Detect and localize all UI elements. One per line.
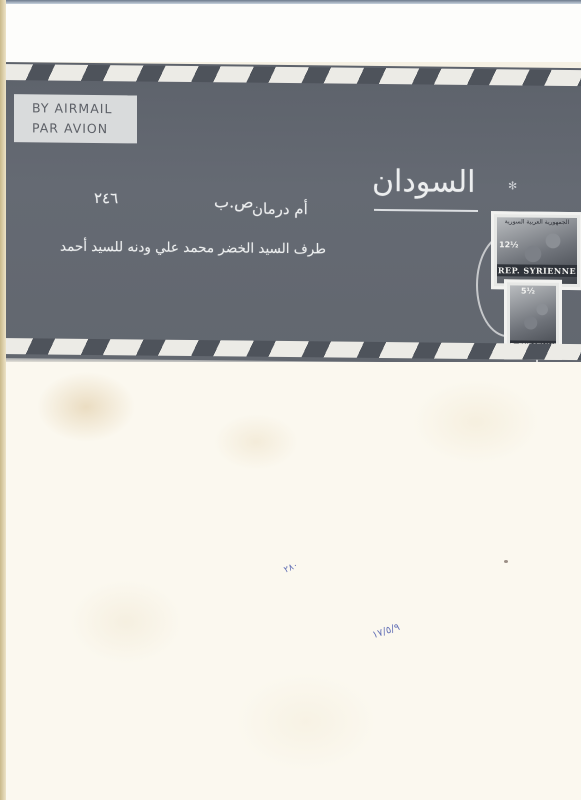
- paper-speck: [504, 560, 508, 563]
- page-left-edge: [0, 0, 6, 800]
- address-pobox-label: ص.ب: [214, 192, 254, 211]
- airmail-label-line1: BY AIRMAIL: [32, 98, 137, 119]
- airmail-label: BY AIRMAIL PAR AVION: [14, 94, 137, 143]
- stamp-large: الجمهورية العربية السورية 12½ REP. SYRIE…: [491, 211, 581, 290]
- address-recipient: طرف السيد الخضر محمد علي ودنه للسيد أحمد: [60, 239, 326, 258]
- stained-paper: [6, 362, 581, 800]
- address-city: أم درمان: [252, 200, 308, 219]
- airmail-envelope: BY AIRMAIL PAR AVION السودان ✻ أم درمان …: [0, 62, 581, 374]
- stamp-small-value: 5½: [521, 286, 535, 295]
- decorative-mark-icon: ✻: [508, 179, 517, 192]
- airmail-label-line2: PAR AVION: [32, 118, 137, 139]
- stamp-large-heading: الجمهورية العربية السورية: [498, 218, 576, 227]
- address-pobox-number: ٢٤٦: [94, 189, 118, 207]
- airmail-stripe-top: [0, 64, 581, 86]
- stamp-large-value: 12½: [499, 240, 518, 249]
- address-country: السودان: [372, 164, 475, 200]
- paper-top-margin: [6, 4, 581, 62]
- airmail-stripe-bottom: [0, 338, 581, 360]
- country-underline: [374, 209, 478, 212]
- stamp-large-country: REP. SYRIENNE: [497, 264, 577, 277]
